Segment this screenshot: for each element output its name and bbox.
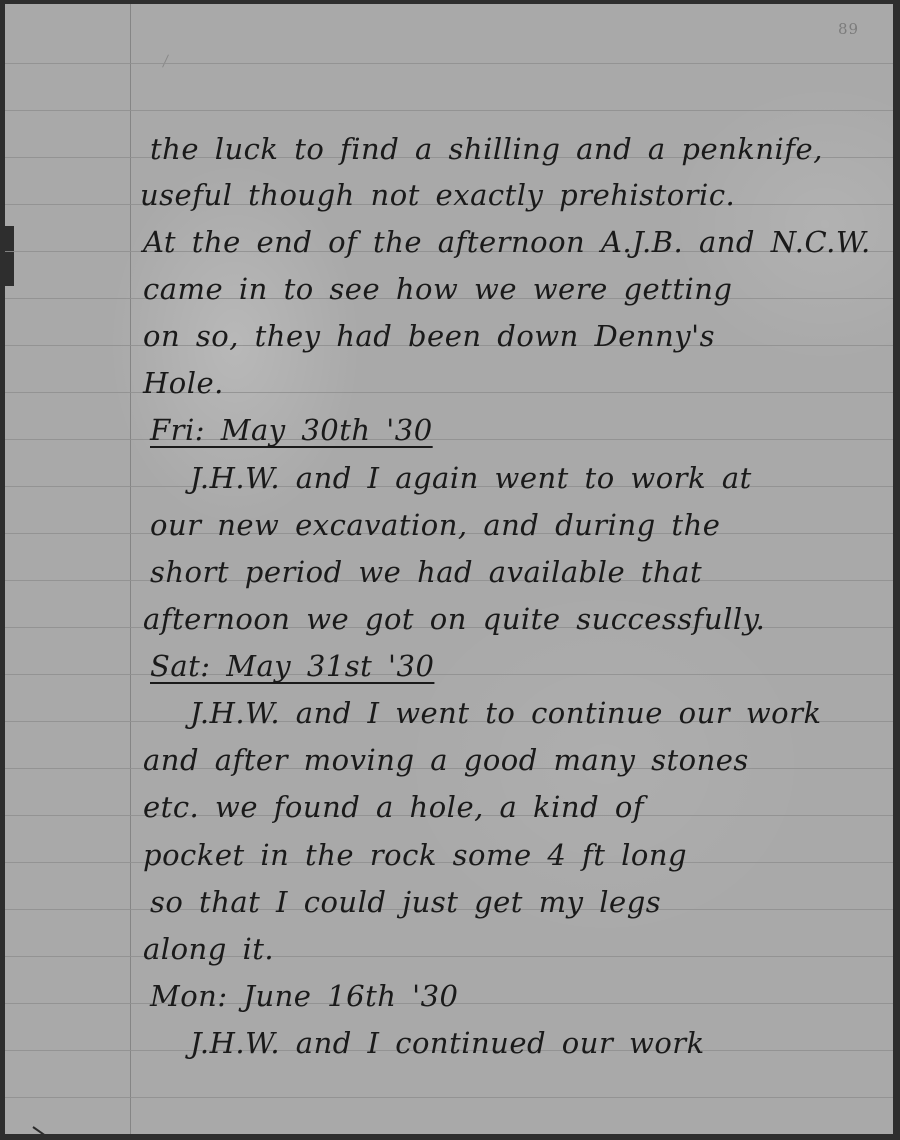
ruled-line [5,956,893,957]
ruled-line [5,392,893,393]
ruled-line [5,1097,893,1098]
ruled-line [5,110,893,111]
text-line: etc. we found a hole, a kind of [143,790,644,824]
page-number: 89 [838,20,859,38]
stray-pencil-mark [162,54,169,67]
text-line: J.H.W. and I again went to work at [190,461,752,495]
text-line: the luck to find a shilling and a penkni… [150,132,823,166]
corner-mark [32,1126,56,1134]
date-heading: Sat: May 31st '30 [150,649,434,683]
text-line: At the end of the afternoon A.J.B. and N… [143,225,871,259]
notebook-page: 89 the luck to find a shilling and a pen… [5,4,893,1134]
ruled-line [5,63,893,64]
text-line: Hole. [143,366,224,400]
text-line: pocket in the rock some 4 ft long [143,838,687,872]
text-line: our new excavation, and during the [150,508,720,542]
text-line: along it. [143,932,274,966]
text-line: afternoon we got on quite successfully. [143,602,765,636]
margin-line [130,4,131,1134]
text-line: useful though not exactly prehistoric. [140,178,735,212]
date-heading: Fri: May 30th '30 [150,413,433,447]
text-line: on so, they had been down Denny's [143,319,715,353]
text-line: came in to see how we were getting [143,272,733,306]
text-line: J.H.W. and I went to continue our work [190,696,822,730]
text-line: short period we had available that [150,555,702,589]
text-line: Mon: June 16th '30 [150,979,459,1013]
text-line: J.H.W. and I continued our work [190,1026,705,1060]
text-line: and after moving a good many stones [143,743,749,777]
ruled-line [5,439,893,440]
text-line: so that I could just get my legs [150,885,661,919]
page-edge-tear [5,226,14,286]
ruled-line [5,674,893,675]
